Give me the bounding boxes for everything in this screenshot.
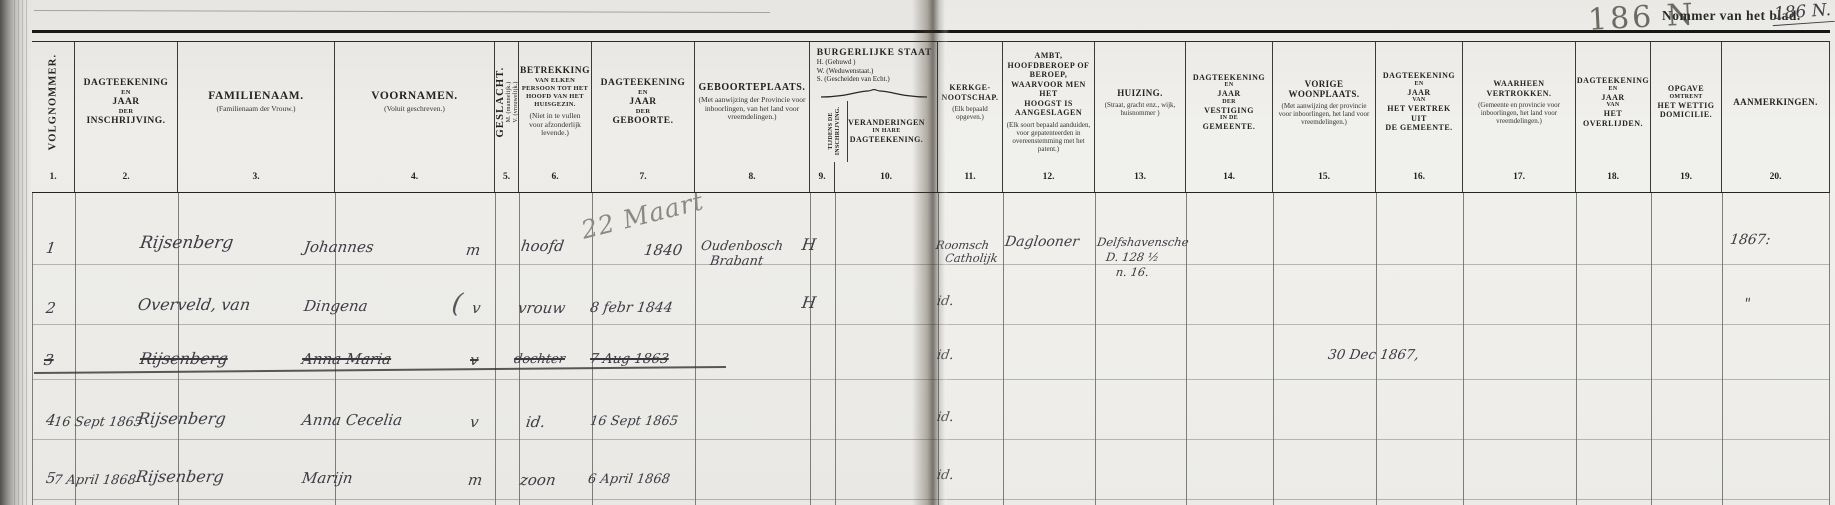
entry-4-familienaam: Rijsenberg (137, 411, 227, 427)
column-number-row: 1. 2. 3. 4. 5. 6. 7. 8. 9. 10. 11. 12. 1… (32, 162, 1830, 193)
header-geslacht: GESLACHT. M. (mannelijk.) V. (vrouwelijk… (495, 42, 519, 162)
column-line (1722, 193, 1723, 505)
entry-2-familienaam: Overveld, van (137, 297, 251, 313)
colnum-5: 5. (495, 162, 519, 192)
entry-5-betrekking: zoon (519, 473, 557, 488)
header-geboorteplaats-label: GEBOORTEPLAATS. (698, 82, 805, 93)
header-betrekking-label: BETREKKINGVAN ELKENPERSOON TOT HETHOOFD … (520, 66, 590, 109)
column-line (1095, 193, 1096, 505)
entry-3-familienaam: Rijsenberg (139, 351, 229, 367)
colnum-12: 12. (1003, 162, 1095, 192)
row-rule (32, 264, 1830, 265)
header-aanmerkingen-label: AANMERKINGEN. (1733, 97, 1817, 107)
colnum-17: 17. (1463, 162, 1576, 192)
entry-1-geboortedag-pencil: 22 Maart (578, 186, 706, 244)
header-domicilie-label: OPGAVEOMTRENTHET WETTIGDOMICILIE. (1658, 84, 1715, 120)
column-line (1003, 193, 1004, 505)
entry-4-geslacht: v (469, 415, 480, 430)
entry-5-inschrijving: 7 April 1868 (53, 474, 137, 487)
header-domicilie: OPGAVEOMTRENTHET WETTIGDOMICILIE. (1651, 42, 1722, 162)
column-line (1651, 193, 1652, 505)
entry-1-voornamen: Johannes (303, 240, 375, 255)
colnum-3: 3. (178, 162, 335, 192)
header-geslacht-legend-m: M. (mannelijk.) (506, 67, 513, 138)
colnum-4: 4. (335, 162, 495, 192)
margin-number: 2 (10, 303, 20, 321)
column-line (1463, 193, 1464, 505)
table-top-rule (32, 30, 1830, 42)
entry-1-burgerlijke-staat: H (801, 237, 817, 253)
header-inschrijving: DAGTEEKENINGENJAARDERINSCHRIJVING. (75, 42, 178, 162)
header-huizing-note: (Straat, gracht enz., wijk, huisnommer ) (1098, 101, 1182, 117)
table-header-row: VOLGNOMMER. DAGTEEKENINGENJAARDERINSCHRI… (32, 42, 1830, 162)
header-beroep: AMBT,HOOFDBEROEP OF BEROEP,WAARVOOR MEN … (1003, 42, 1095, 162)
entry-4-geboorte: 16 Sept 1865 (589, 415, 679, 428)
burgerlijke-staat-legend: H. (Gehuwd )W. (Weduwenstaat.)S. (Gesche… (817, 58, 932, 84)
header-burgerlijke-staat: BURGERLIJKE STAAT H. (Gehuwd )W. (Weduwe… (810, 42, 938, 162)
header-staat-tijdens: TIJDENS DEINSCHRIJVING. (822, 101, 848, 163)
entry-3-betrekking: dochter (513, 353, 566, 366)
colnum-11: 11. (938, 162, 1003, 192)
header-betrekking-note: (Niet in te vullen voor afzonderlijk lev… (522, 112, 588, 138)
header-waarheen-label: WAARHEENVERTROKKEN. (1486, 79, 1551, 98)
header-vorige-woonplaats-label: VORIGE WOONPLAATS. (1276, 79, 1372, 99)
entry-3-voornamen: Anna Maria (301, 352, 392, 367)
entry-3-geboorte: 7 Aug 1863 (589, 353, 670, 367)
header-beroep-label: AMBT,HOOFDBEROEP OF BEROEP,WAARVOOR MEN … (1006, 51, 1091, 118)
header-beroep-note: (Elk soort bepaald aanduiden, voor gepat… (1006, 121, 1091, 153)
header-betrekking: BETREKKINGVAN ELKENPERSOON TOT HETHOOFD … (519, 42, 592, 162)
row-rule (32, 379, 1830, 380)
header-waarheen-note: (Gemeente en provincie voor inboorlingen… (1466, 101, 1572, 125)
header-geslacht-legend-v: V. (vrouwelijk.) (512, 67, 519, 138)
entry-1-aanmerkingen: 1867: (1729, 233, 1771, 247)
header-familienaam-note: (Familienaam der Vrouw.) (216, 105, 295, 114)
header-vestiging-label: DAGTEEKENINGENJAARDERVESTIGINGIN DEGEMEE… (1193, 73, 1265, 132)
header-geslacht-label: GESLACHT. (495, 67, 506, 138)
entry-3-geslacht: v (469, 353, 480, 368)
header-familienaam-label: FAMILIENAAM. (208, 90, 303, 102)
entry-1-beroep: Daglooner (1004, 235, 1080, 249)
entry-1-kerkgenootschap: RoomschCatholijk (933, 239, 1000, 265)
entry-2-kerkgenootschap: id. (936, 295, 954, 308)
header-kerkgenootschap: KERKGE-NOOTSCHAP. (Elk bepaald opgeven.) (938, 42, 1003, 162)
entry-5-geboorte: 6 April 1868 (587, 473, 671, 486)
header-staat-tijdens-label: TIJDENS DEINSCHRIJVING. (828, 103, 842, 159)
entry-1-familienaam: Rijsenberg (139, 235, 235, 252)
header-geboorte: DAGTEEKENINGENJAARDERGEBOORTE. (592, 42, 695, 162)
colnum-13: 13. (1095, 162, 1186, 192)
entry-4-inschrijving: 16 Sept 1865 (53, 416, 143, 429)
entry-4-betrekking: id. (525, 415, 546, 430)
entry-1-betrekking: hoofd (520, 239, 565, 254)
header-voornamen: VOORNAMEN. (Voluit geschreven.) (335, 42, 495, 162)
page-top-edge (34, 10, 770, 13)
entry-2-voornamen: Dingena (303, 299, 369, 314)
row-rule (32, 499, 1830, 500)
header-inschrijving-label: DAGTEEKENINGENJAARDERINSCHRIJVING. (84, 78, 169, 127)
header-huizing: HUIZING. (Straat, gracht enz., wijk, hui… (1095, 42, 1186, 162)
header-vorige-woonplaats-note: (Met aanwijzing der provincie voor inboo… (1276, 102, 1372, 126)
header-overlijden-label: DAGTEEKENINGENJAARVANHET OVERLIJDEN. (1577, 76, 1649, 128)
header-staat-veranderingen: VERANDERINGENIN HAREDAGTEEKENING. (848, 101, 925, 163)
entry-2-geslacht: v (471, 301, 482, 316)
colnum-18: 18. (1576, 162, 1651, 192)
entry-3-vertrek: 30 Dec 1867, (1327, 349, 1420, 363)
colnum-19: 19. (1651, 162, 1722, 192)
entry-2-geboorte: 8 febr 1844 (589, 301, 674, 315)
colnum-16: 16. (1376, 162, 1463, 192)
header-vorige-woonplaats: VORIGE WOONPLAATS. (Met aanwijzing der p… (1273, 42, 1376, 162)
register-table: VOLGNOMMER. DAGTEEKENINGENJAARDERINSCHRI… (32, 30, 1830, 505)
entry-3-volgnommer: 3 (43, 353, 55, 368)
entry-1-huizing: DelfshavenscheD. 128 ½n. 16. (1092, 235, 1190, 280)
row-rule (32, 439, 1830, 440)
colnum-2: 2. (75, 162, 178, 192)
header-kerkgenootschap-label: KERKGE-NOOTSCHAP. (942, 83, 999, 102)
colnum-7: 7. (592, 162, 695, 192)
column-line (495, 193, 496, 505)
colnum-6: 6. (519, 162, 592, 192)
entry-1-volgnommer: 1 (45, 241, 57, 256)
header-geboorteplaats-note: (Met aanwijzing der Provincie voor inboo… (698, 96, 806, 122)
burgerlijke-staat-subcolumns: TIJDENS DEINSCHRIJVING. VERANDERINGENIN … (822, 101, 925, 163)
header-vertrek: DAGTEEKENINGENJAARVANHET VERTREK UITDE G… (1376, 42, 1463, 162)
entry-1-geslacht: m (465, 243, 481, 258)
colnum-20: 20. (1722, 162, 1830, 192)
blad-number-handwritten: 186 N. (1771, 0, 1834, 26)
entry-5-geslacht: m (467, 473, 483, 488)
entry-3-kerkgenootschap: id. (936, 349, 954, 362)
entry-2-burgerlijke-staat: H (801, 295, 817, 311)
row-rule (32, 324, 1830, 325)
register-page-scan: 186 N Nommer van het blad. 186 N. VOLGNO… (0, 0, 1835, 505)
margin-number: 3 (10, 419, 20, 437)
header-geboorte-label: DAGTEEKENINGENJAARDERGEBOORTE. (601, 78, 686, 127)
entry-2-volgnommer: 2 (45, 301, 57, 316)
column-line (32, 193, 33, 505)
column-line (1829, 193, 1830, 505)
entry-5-voornamen: Marijn (301, 471, 354, 486)
entry-1-geboorteplaats: OudenboschBrabant (698, 239, 784, 269)
brace-icon (818, 89, 930, 98)
column-line (519, 193, 520, 505)
header-waarheen: WAARHEENVERTROKKEN. (Gemeente en provinc… (1463, 42, 1576, 162)
burgerlijke-staat-title: BURGERLIJKE STAAT (817, 48, 932, 58)
entry-2-brace: ( (450, 291, 464, 317)
column-line (695, 193, 696, 505)
entries-area: 1 2 3 4 1 Rijsenberg Johannes m hoofd 22… (32, 193, 1830, 505)
header-voornamen-label: VOORNAMEN. (371, 90, 458, 102)
colnum-1: 1. (32, 162, 75, 192)
colnum-8: 8. (695, 162, 810, 192)
column-line (835, 193, 836, 505)
entry-1-geboortejaar: 1840 (643, 243, 683, 258)
header-vertrek-label: DAGTEEKENINGENJAARVANHET VERTREK UITDE G… (1379, 71, 1459, 133)
colnum-14: 14. (1186, 162, 1273, 192)
entry-5-familienaam: Rijsenberg (135, 469, 225, 485)
entry-4-kerkgenootschap: id. (936, 411, 954, 424)
burgerlijke-staat-group: BURGERLIJKE STAAT H. (Gehuwd )W. (Weduwe… (813, 42, 934, 84)
header-volgnommer: VOLGNOMMER. (32, 42, 75, 162)
column-line (1576, 193, 1577, 505)
colnum-9: 9. (810, 162, 835, 192)
colnum-10: 10. (835, 162, 938, 192)
header-huizing-label: HUIZING. (1117, 88, 1162, 98)
header-volgnommer-label: VOLGNOMMER. (48, 54, 59, 151)
header-aanmerkingen: AANMERKINGEN. (1722, 42, 1830, 162)
entry-2-betrekking: vrouw (517, 301, 566, 316)
column-line (1273, 193, 1274, 505)
colnum-15: 15. (1273, 162, 1376, 192)
header-overlijden: DAGTEEKENINGENJAARVANHET OVERLIJDEN. (1576, 42, 1651, 162)
header-geboorteplaats: GEBOORTEPLAATS. (Met aanwijzing der Prov… (695, 42, 810, 162)
header-voornamen-note: (Voluit geschreven.) (384, 105, 445, 114)
margin-number: 4 (10, 477, 20, 495)
header-familienaam: FAMILIENAAM. (Familienaam der Vrouw.) (178, 42, 335, 162)
entry-5-kerkgenootschap: id. (936, 469, 954, 482)
header-vestiging: DAGTEEKENINGENJAARDERVESTIGINGIN DEGEMEE… (1186, 42, 1273, 162)
column-line (75, 193, 76, 505)
entry-4-voornamen: Anna Cecelia (301, 413, 403, 428)
header-kerkgenootschap-note: (Elk bepaald opgeven.) (941, 105, 999, 121)
entry-2-aanmerkingen: " (1743, 297, 1751, 311)
margin-number: 1 (10, 243, 20, 261)
